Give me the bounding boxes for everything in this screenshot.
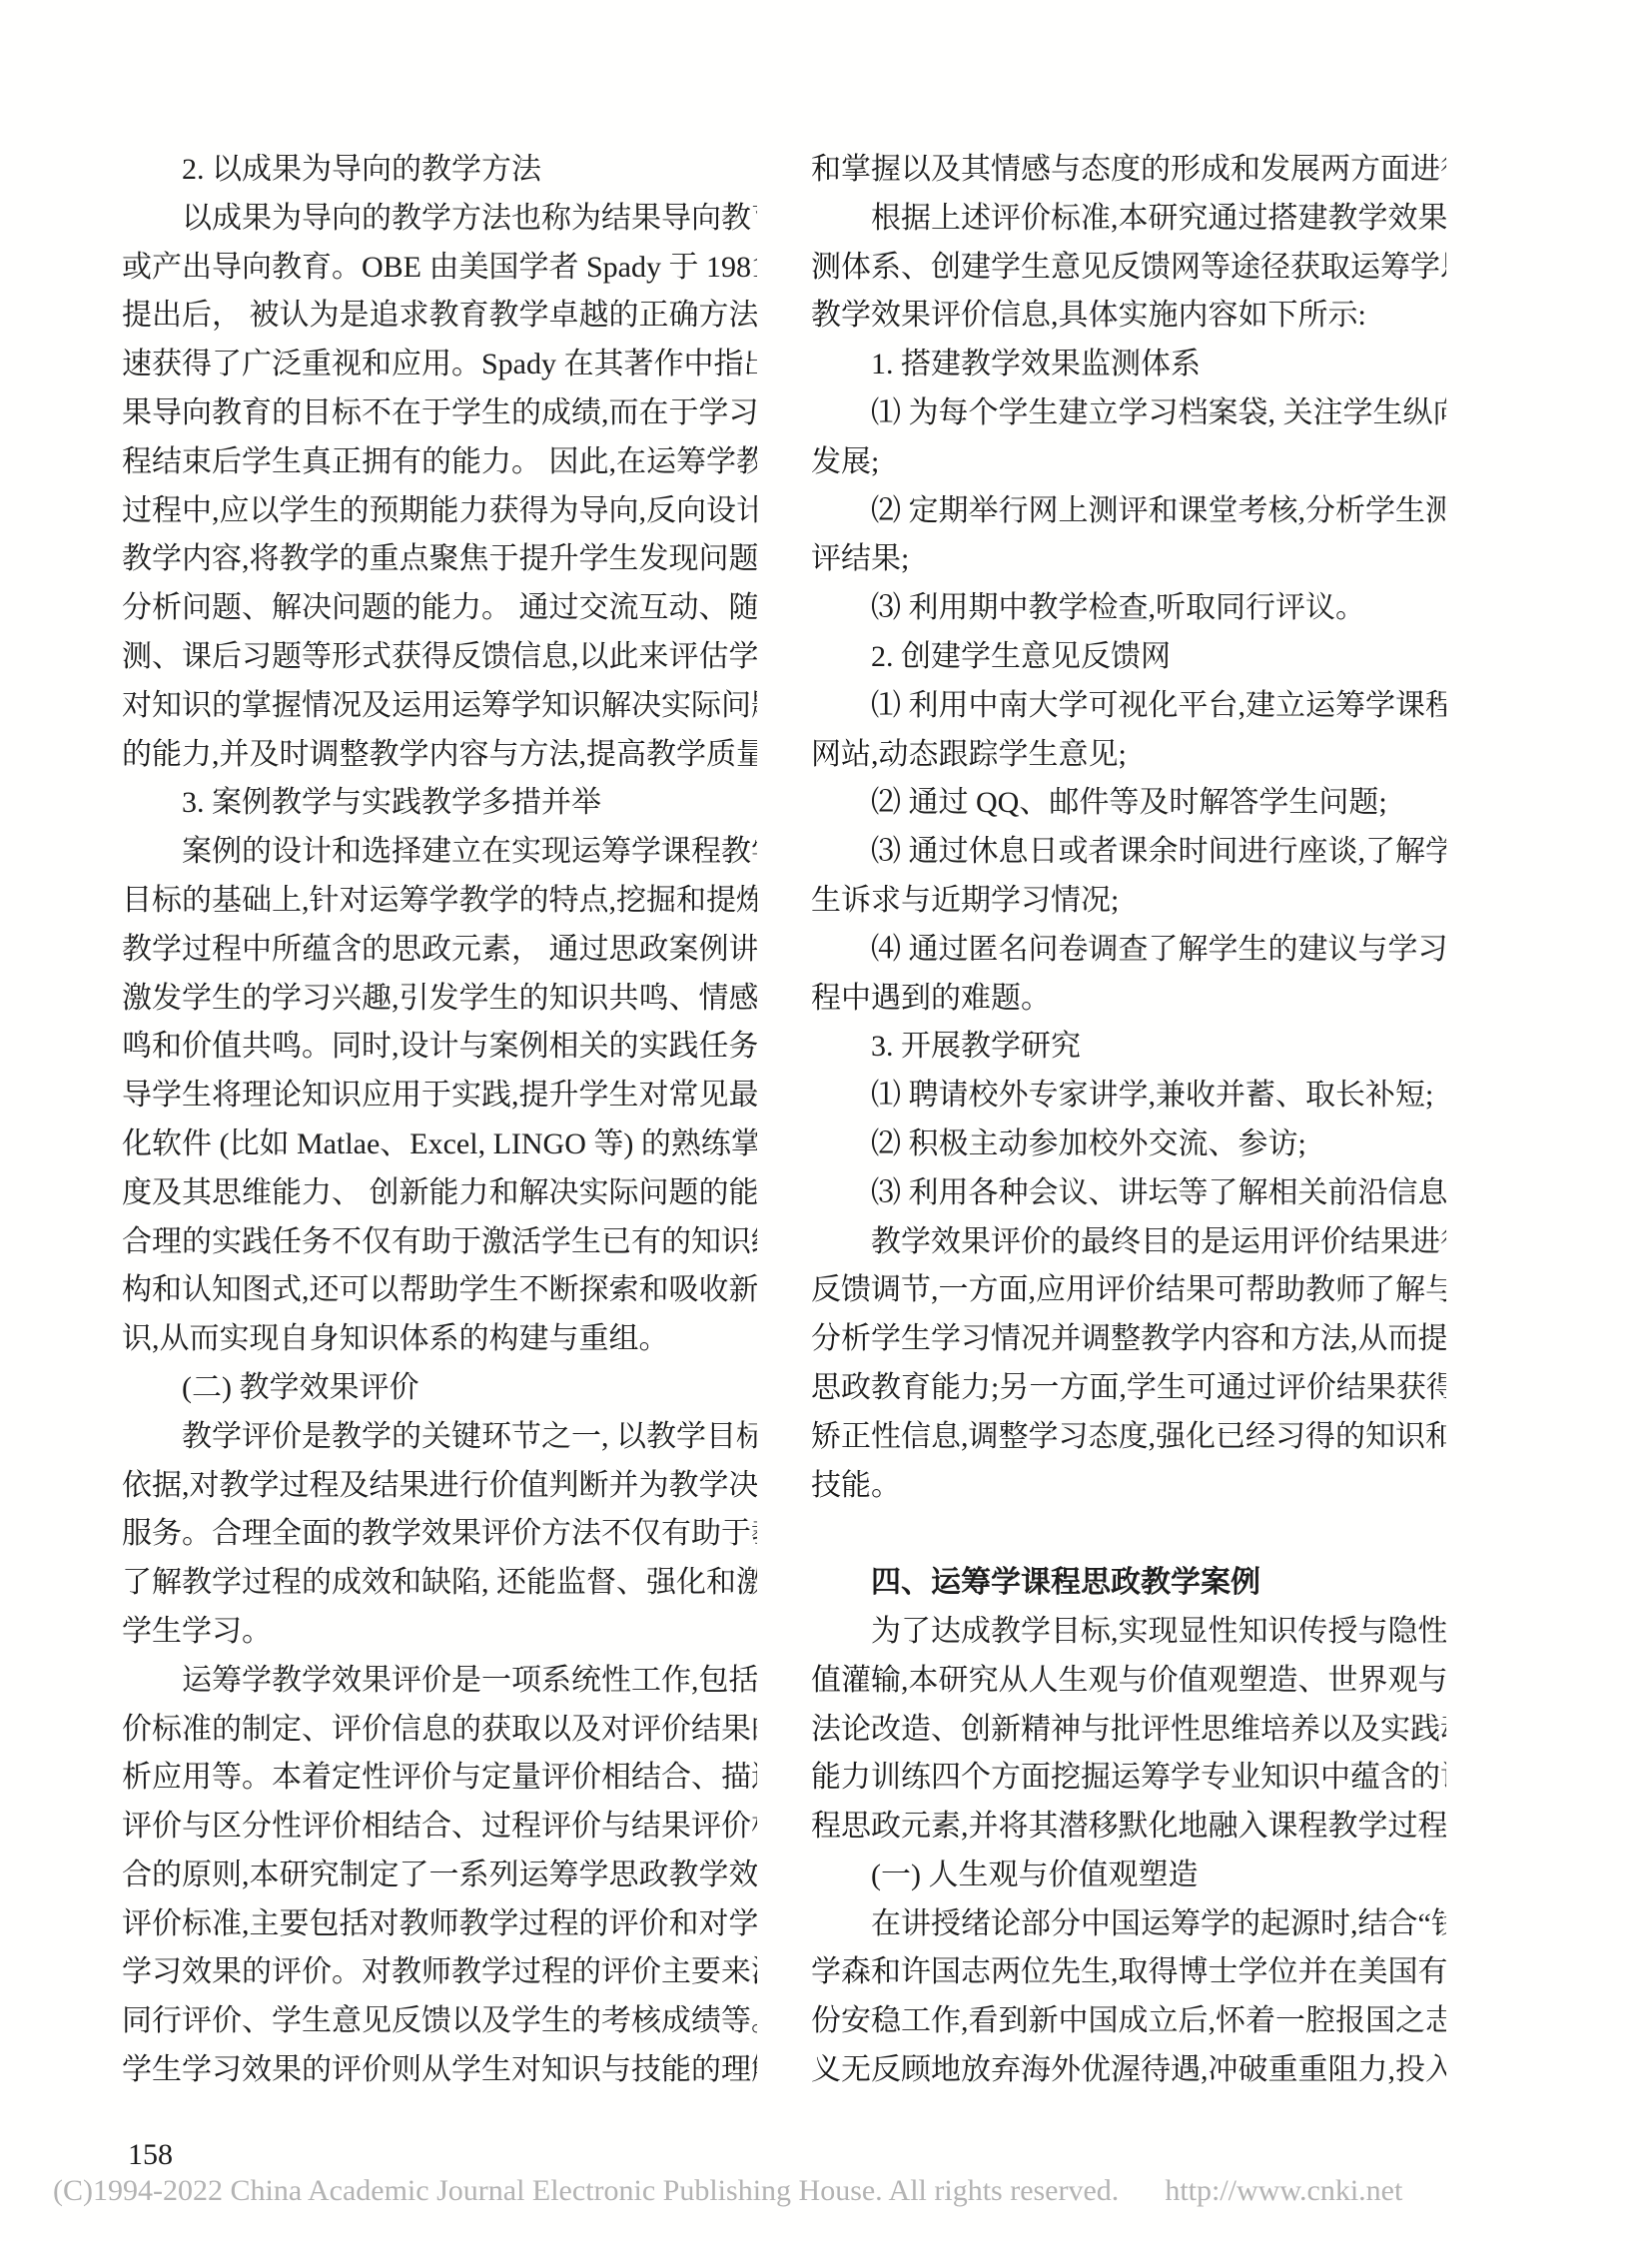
text-line: 服务。合理全面的教学效果评价方法不仅有助于教师 (122, 1510, 757, 1559)
text-line: ⑵ 通过 QQ、邮件等及时解答学生问题; (811, 779, 1446, 828)
text-line: 案例的设计和选择建立在实现运筹学课程教学 (122, 828, 757, 877)
text-line: 程思政元素,并将其潜移默化地融入课程教学过程。 (811, 1803, 1446, 1852)
text-line: 鸣和价值共鸣。同时,设计与案例相关的实践任务,引 (122, 1023, 757, 1072)
text-line: 依据,对教学过程及结果进行价值判断并为教学决策 (122, 1462, 757, 1511)
text-line: 发展; (811, 438, 1446, 487)
right-column: 和掌握以及其情感与态度的形成和发展两方面进行。根据上述评价标准,本研究通过搭建教… (811, 146, 1446, 2095)
text-line: 义无反顾地放弃海外优渥待遇,冲破重重阻力,投入 (811, 2046, 1446, 2095)
text-line: 根据上述评价标准,本研究通过搭建教学效果监 (811, 195, 1446, 244)
text-line: 为了达成教学目标,实现显性知识传授与隐性价 (811, 1608, 1446, 1657)
text-line: 和掌握以及其情感与态度的形成和发展两方面进行。 (811, 146, 1446, 195)
text-line: 或产出导向教育。OBE 由美国学者 Spady 于 1981 年 (122, 244, 757, 293)
text-line: 同行评价、学生意见反馈以及学生的考核成绩等。 对 (122, 1997, 757, 2046)
subsection-heading: (一) 人生观与价值观塑造 (811, 1852, 1446, 1900)
left-column: 2. 以成果为导向的教学方法以成果为导向的教学方法也称为结果导向教育或产出导向教… (122, 146, 757, 2095)
subsection-heading: 3. 案例教学与实践教学多措并举 (122, 779, 757, 828)
subsection-heading: 3. 开展教学研究 (811, 1023, 1446, 1072)
text-line: 学生学习效果的评价则从学生对知识与技能的理解 (122, 2046, 757, 2095)
text-line: ⑶ 通过休息日或者课余时间进行座谈,了解学 (811, 828, 1446, 877)
text-line: 运筹学教学效果评价是一项系统性工作,包括评 (122, 1657, 757, 1706)
text-line: 思政教育能力;另一方面,学生可通过评价结果获得 (811, 1364, 1446, 1413)
text-line: 果导向教育的目标不在于学生的成绩,而在于学习过 (122, 389, 757, 438)
text-line: 份安稳工作,看到新中国成立后,怀着一腔报国之志, (811, 1997, 1446, 2046)
text-line: 评结果; (811, 535, 1446, 584)
text-line: 技能。 (811, 1462, 1446, 1511)
text-line: 在讲授绪论部分中国运筹学的起源时,结合“钱 (811, 1900, 1446, 1949)
text-line: 以成果为导向的教学方法也称为结果导向教育 (122, 195, 757, 244)
text-line: 教学过程中所蕴含的思政元素， 通过思政案例讲解, (122, 926, 757, 975)
text-line: 学森和许国志两位先生,取得博士学位并在美国有一 (811, 1948, 1446, 1997)
copyright-text: (C)1994-2022 China Academic Journal Elec… (53, 2174, 1119, 2207)
text-line: 矫正性信息,调整学习态度,强化已经习得的知识和 (811, 1413, 1446, 1462)
text-line: 识,从而实现自身知识体系的构建与重组。 (122, 1315, 757, 1364)
journal-page: 2. 以成果为导向的教学方法以成果为导向的教学方法也称为结果导向教育或产出导向教… (0, 0, 1652, 2241)
text-line: 网站,动态跟踪学生意见; (811, 731, 1446, 780)
text-line: ⑶ 利用期中教学检查,听取同行评议。 (811, 584, 1446, 633)
text-line: 过程中,应以学生的预期能力获得为导向,反向设计 (122, 487, 757, 536)
text-line: 化软件 (比如 Matlae、Excel, LINGO 等) 的熟练掌握程 (122, 1120, 757, 1169)
text-line: 合的原则,本研究制定了一系列运筹学思政教学效果 (122, 1852, 757, 1900)
subsection-heading: 2. 以成果为导向的教学方法 (122, 146, 757, 195)
text-line: 教学评价是教学的关键环节之一, 以教学目标为 (122, 1413, 757, 1462)
text-line: ⑷ 通过匿名问卷调查了解学生的建议与学习过 (811, 926, 1446, 975)
blank-line (811, 1510, 1446, 1559)
copyright-footer: (C)1994-2022 China Academic Journal Elec… (53, 2173, 1402, 2209)
text-line: 度及其思维能力、 创新能力和解决实际问题的能力。 (122, 1169, 757, 1218)
text-line: 导学生将理论知识应用于实践,提升学生对常见最优 (122, 1072, 757, 1120)
page-number: 158 (128, 2138, 173, 2172)
text-line: 能力训练四个方面挖掘运筹学专业知识中蕴含的课 (811, 1754, 1446, 1803)
text-line: 学习效果的评价。对教师教学过程的评价主要来源于 (122, 1948, 757, 1997)
text-line: 测、课后习题等形式获得反馈信息,以此来评估学生 (122, 633, 757, 682)
text-line: 评价标准,主要包括对教师教学过程的评价和对学生 (122, 1900, 757, 1949)
text-line: 对知识的掌握情况及运用运筹学知识解决实际问题 (122, 682, 757, 731)
text-line: 了解教学过程的成效和缺陷, 还能监督、强化和激励 (122, 1559, 757, 1608)
text-line: 合理的实践任务不仅有助于激活学生已有的知识结 (122, 1218, 757, 1267)
text-line: ⑴ 利用中南大学可视化平台,建立运筹学课程 (811, 682, 1446, 731)
text-line: 分析问题、解决问题的能力。 通过交流互动、随堂检 (122, 584, 757, 633)
subsection-heading: 2. 创建学生意见反馈网 (811, 633, 1446, 682)
text-line: 值灌输,本研究从人生观与价值观塑造、世界观与方 (811, 1657, 1446, 1706)
text-line: 提出后， 被认为是追求教育教学卓越的正确方法,迅 (122, 292, 757, 341)
text-line: 目标的基础上,针对运筹学教学的特点,挖掘和提炼 (122, 877, 757, 926)
subsection-heading: (二) 教学效果评价 (122, 1364, 757, 1413)
text-line: 测体系、创建学生意见反馈网等途径获取运筹学思政 (811, 244, 1446, 293)
text-line: 教学效果评价的最终目的是运用评价结果进行 (811, 1218, 1446, 1267)
text-line: ⑶ 利用各种会议、讲坛等了解相关前沿信息。 (811, 1169, 1446, 1218)
text-line: 评价与区分性评价相结合、过程评价与结果评价相结 (122, 1803, 757, 1852)
footer-url: http://www.cnki.net (1165, 2174, 1402, 2207)
text-line: 法论改造、创新精神与批评性思维培养以及实践动手 (811, 1706, 1446, 1755)
text-line: 反馈调节,一方面,应用评价结果可帮助教师了解与 (811, 1266, 1446, 1315)
text-line: 生诉求与近期学习情况; (811, 877, 1446, 926)
text-line: 学生学习。 (122, 1608, 757, 1657)
text-line: ⑵ 定期举行网上测评和课堂考核,分析学生测 (811, 487, 1446, 536)
text-line: ⑴ 聘请校外专家讲学,兼收并蓄、取长补短; (811, 1072, 1446, 1120)
text-line: ⑴ 为每个学生建立学习档案袋, 关注学生纵向 (811, 389, 1446, 438)
text-line: 析应用等。本着定性评价与定量评价相结合、描述性 (122, 1754, 757, 1803)
text-line: ⑵ 积极主动参加校外交流、参访; (811, 1120, 1446, 1169)
section-heading: 四、运筹学课程思政教学案例 (811, 1559, 1446, 1608)
text-line: 程中遇到的难题。 (811, 975, 1446, 1024)
text-line: 教学效果评价信息,具体实施内容如下所示: (811, 292, 1446, 341)
text-line: 速获得了广泛重视和应用。Spady 在其著作中指出,成 (122, 341, 757, 389)
text-line: 程结束后学生真正拥有的能力。 因此,在运筹学教学 (122, 438, 757, 487)
text-line: 激发学生的学习兴趣,引发学生的知识共鸣、情感共 (122, 975, 757, 1024)
text-line: 价标准的制定、评价信息的获取以及对评价结果的分 (122, 1706, 757, 1755)
text-line: 分析学生学习情况并调整教学内容和方法,从而提升 (811, 1315, 1446, 1364)
subsection-heading: 1. 搭建教学效果监测体系 (811, 341, 1446, 389)
text-line: 构和认知图式,还可以帮助学生不断探索和吸收新知 (122, 1266, 757, 1315)
text-line: 的能力,并及时调整教学内容与方法,提高教学质量。 (122, 731, 757, 780)
text-line: 教学内容,将教学的重点聚焦于提升学生发现问题、 (122, 535, 757, 584)
